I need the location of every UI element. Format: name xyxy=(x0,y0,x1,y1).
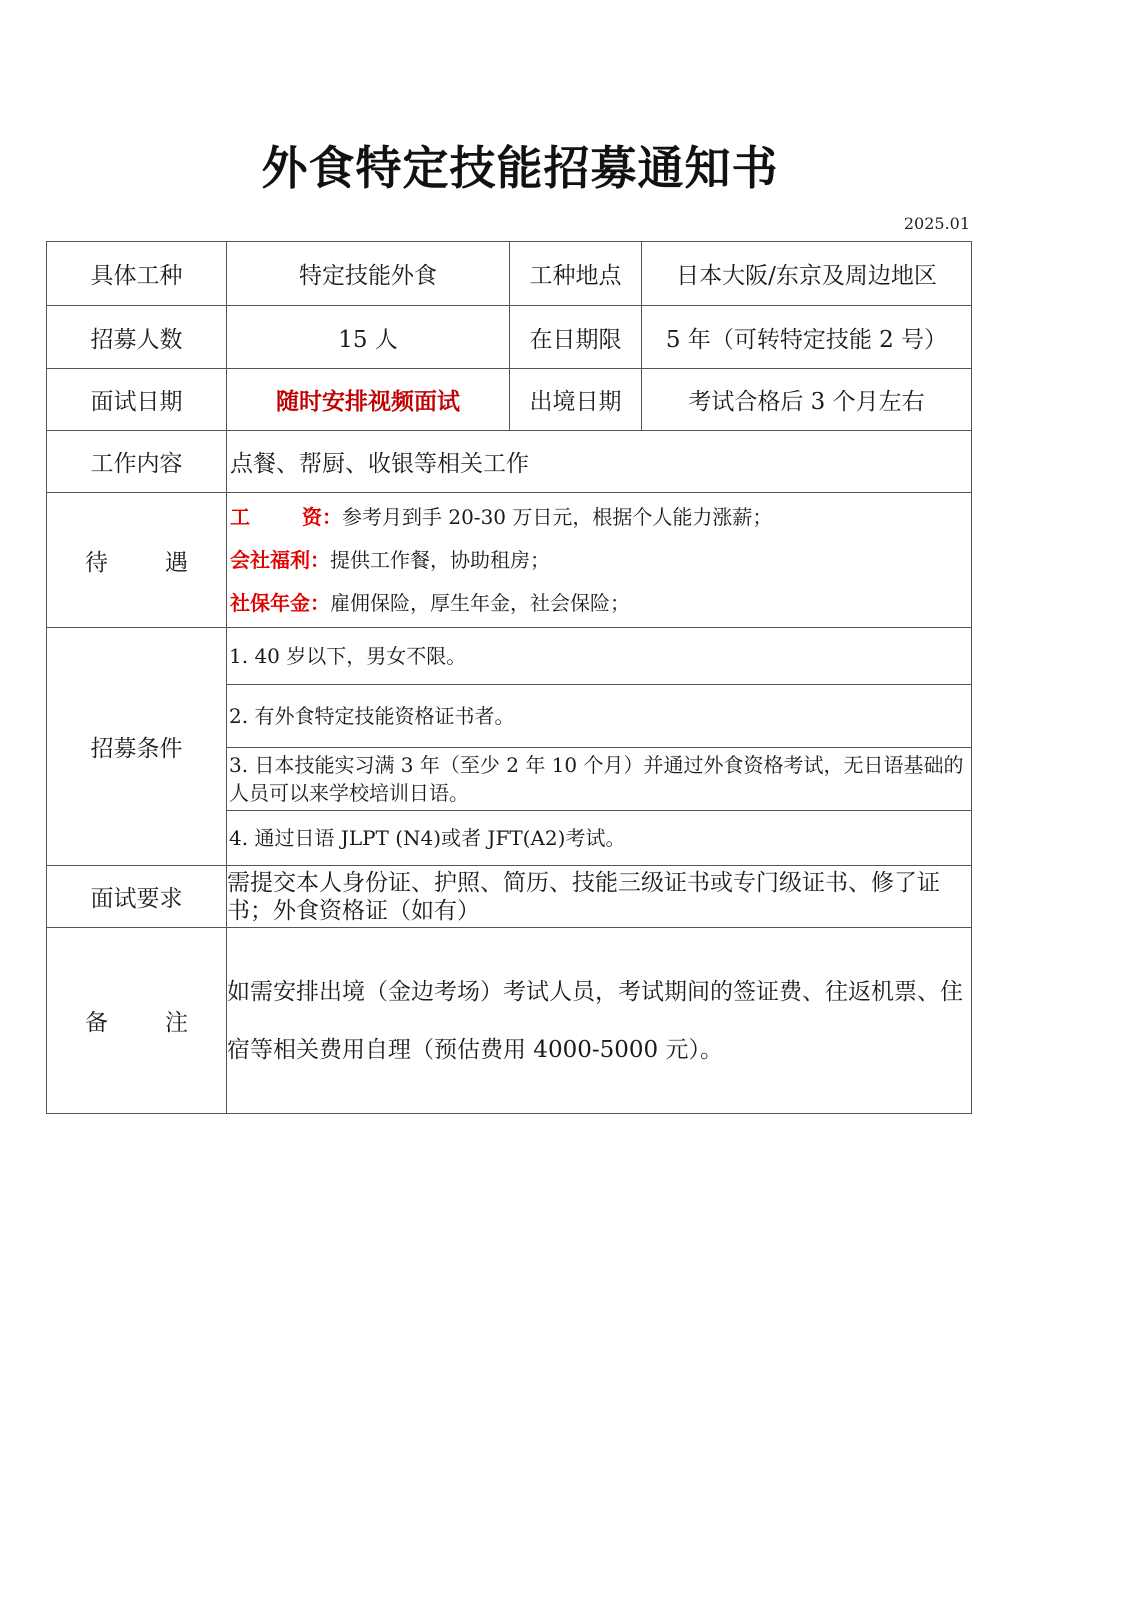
recruitment-table: 具体工种 特定技能外食 工种地点 日本大阪/东京及周边地区 招募人数 15 人 … xyxy=(46,241,972,1114)
condition-item: 1. 40 岁以下，男女不限。 xyxy=(227,642,466,670)
table-row: 具体工种 特定技能外食 工种地点 日本大阪/东京及周边地区 xyxy=(47,242,972,306)
salary-key-right: 资： xyxy=(302,496,342,539)
interview-req-label: 面试要求 xyxy=(47,866,227,928)
location-value: 日本大阪/东京及周边地区 xyxy=(642,242,972,306)
benefits-label: 待 遇 xyxy=(47,493,227,628)
table-row: 待 遇 工 资： 参考月到手 20-30 万日元，根据个人能力涨薪； 会社福利：… xyxy=(47,493,972,628)
insurance-value: 雇佣保险，厚生年金，社会保险； xyxy=(330,591,630,615)
table-row: 面试要求 需提交本人身份证、护照、简历、技能三级证书或专门级证书、修了证书；外食… xyxy=(47,866,972,928)
departure-date-value: 考试合格后 3 个月左右 xyxy=(642,369,972,431)
condition-item: 3. 日本技能实习满 3 年（至少 2 年 10 个月）并通过外食资格考试，无日… xyxy=(227,751,971,807)
interview-date-value: 随时安排视频面试 xyxy=(227,369,510,431)
benefit-insurance: 社保年金：雇佣保险，厚生年金，社会保险； xyxy=(227,582,971,625)
salary-key-left: 工 xyxy=(230,505,250,529)
benefit-welfare: 会社福利：提供工作餐，协助租房； xyxy=(227,539,971,582)
condition-item: 4. 通过日语 JLPT (N4)或者 JFT(A2)考试。 xyxy=(227,824,625,852)
stay-period-value: 5 年（可转特定技能 2 号） xyxy=(642,306,972,369)
table-row: 招募条件 1. 40 岁以下，男女不限。 2. 有外食特定技能资格证书者。 3.… xyxy=(47,628,972,866)
departure-date-label: 出境日期 xyxy=(510,369,642,431)
job-type-label: 具体工种 xyxy=(47,242,227,306)
job-content-label: 工作内容 xyxy=(47,431,227,493)
stay-period-label: 在日期限 xyxy=(510,306,642,369)
benefits-label-left: 待 xyxy=(85,544,108,577)
job-type-value: 特定技能外食 xyxy=(227,242,510,306)
table-row: 面试日期 随时安排视频面试 出境日期 考试合格后 3 个月左右 xyxy=(47,369,972,431)
remarks-value: 如需安排出境（金边考场）考试人员，考试期间的签证费、往返机票、住宿等相关费用自理… xyxy=(227,928,972,1114)
conditions-label: 招募条件 xyxy=(47,628,227,866)
table-row: 招募人数 15 人 在日期限 5 年（可转特定技能 2 号） xyxy=(47,306,972,369)
benefits-label-right: 遇 xyxy=(165,544,188,577)
headcount-value: 15 人 xyxy=(227,306,510,369)
document-date: 2025.01 xyxy=(904,214,970,233)
welfare-value: 提供工作餐，协助租房； xyxy=(330,548,550,572)
remarks-label-right: 注 xyxy=(165,1004,188,1037)
interview-req-value: 需提交本人身份证、护照、简历、技能三级证书或专门级证书、修了证书；外食资格证（如… xyxy=(227,866,972,928)
headcount-label: 招募人数 xyxy=(47,306,227,369)
condition-item: 2. 有外食特定技能资格证书者。 xyxy=(227,702,514,730)
welfare-key: 会社福利： xyxy=(230,548,330,572)
conditions-value: 1. 40 岁以下，男女不限。 2. 有外食特定技能资格证书者。 3. 日本技能… xyxy=(227,628,972,866)
salary-value: 参考月到手 20-30 万日元，根据个人能力涨薪； xyxy=(342,505,772,529)
document-title: 外食特定技能招募通知书 xyxy=(0,132,1040,198)
remarks-label: 备 注 xyxy=(47,928,227,1114)
benefits-value: 工 资： 参考月到手 20-30 万日元，根据个人能力涨薪； 会社福利：提供工作… xyxy=(227,493,972,628)
table-row: 工作内容 点餐、帮厨、收银等相关工作 xyxy=(47,431,972,493)
interview-date-label: 面试日期 xyxy=(47,369,227,431)
remarks-label-left: 备 xyxy=(85,1004,108,1037)
location-label: 工种地点 xyxy=(510,242,642,306)
benefit-salary: 工 资： 参考月到手 20-30 万日元，根据个人能力涨薪； xyxy=(227,496,971,539)
table-row: 备 注 如需安排出境（金边考场）考试人员，考试期间的签证费、往返机票、住宿等相关… xyxy=(47,928,972,1114)
job-content-value: 点餐、帮厨、收银等相关工作 xyxy=(227,431,972,493)
insurance-key: 社保年金： xyxy=(230,591,330,615)
